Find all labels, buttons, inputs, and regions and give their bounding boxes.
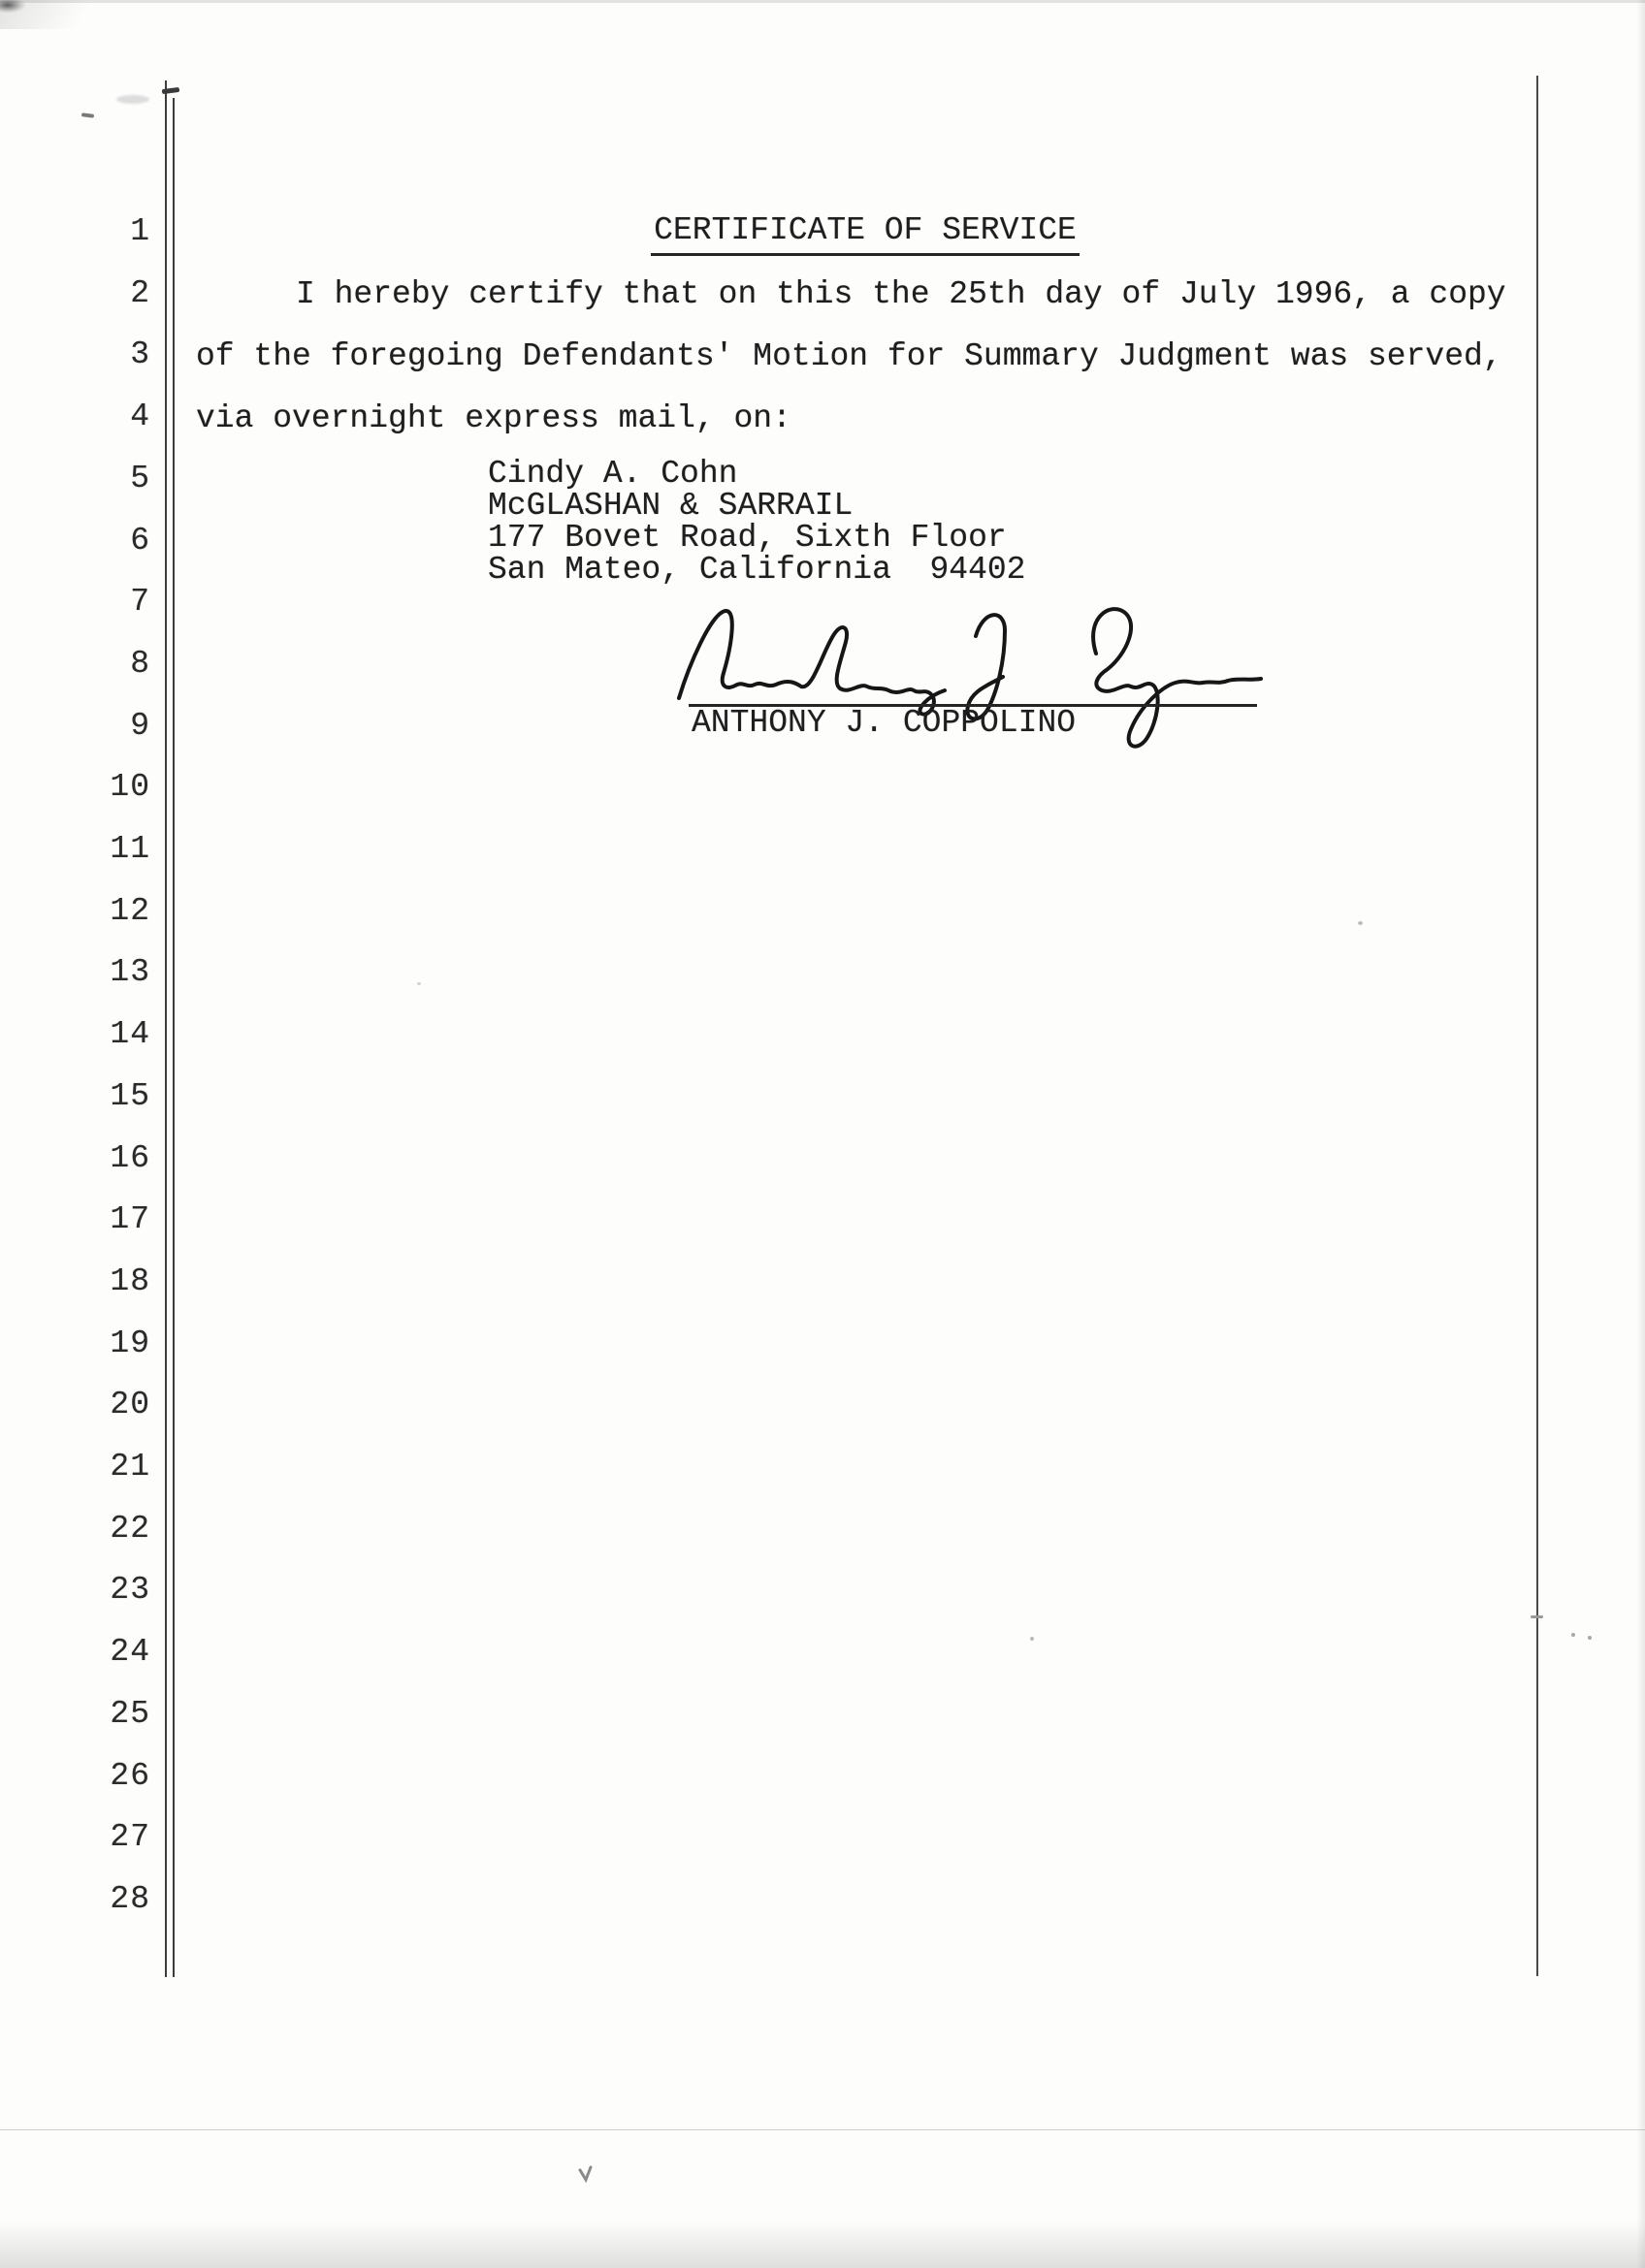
line-number: 6 — [130, 525, 150, 558]
scan-artifact-check-mark-icon — [576, 2164, 597, 2184]
line-number: 17 — [110, 1203, 150, 1236]
left-margin-rule-outer — [165, 80, 167, 1977]
scan-artifact-dash — [1531, 1615, 1543, 1618]
line-number: 1 — [130, 215, 150, 248]
line-number: 10 — [110, 771, 150, 804]
line-number: 22 — [110, 1513, 150, 1546]
line-number: 24 — [110, 1636, 150, 1669]
line-number: 21 — [110, 1451, 150, 1484]
line-number: 16 — [110, 1142, 150, 1175]
line-number: 26 — [110, 1760, 150, 1793]
recipient-block: Cindy A. Cohn McGLASHAN & SARRAIL 177 Bo… — [488, 458, 1026, 586]
certificate-heading: CERTIFICATE OF SERVICE — [651, 212, 1080, 256]
line-number: 11 — [110, 833, 150, 866]
line-number: 4 — [130, 400, 150, 433]
scan-artifact-dot — [1030, 1637, 1034, 1641]
scan-artifact-bottom-shading — [0, 2221, 1645, 2268]
recipient-name: Cindy A. Cohn — [488, 458, 1026, 490]
rule-top-tick-artifact — [162, 87, 179, 94]
recipient-firm: McGLASHAN & SARRAIL — [488, 490, 1026, 522]
right-margin-rule — [1536, 76, 1538, 1976]
certificate-body-line-2: of the foregoing Defendants' Motion for … — [196, 340, 1502, 373]
scan-artifact-dot — [1358, 921, 1363, 925]
recipient-city: San Mateo, California 94402 — [488, 554, 1026, 586]
line-number: 20 — [110, 1389, 150, 1421]
heading-row: CERTIFICATE OF SERVICE — [196, 214, 1534, 247]
signer-typed-name: ANTHONY J. COPPOLINO — [692, 707, 1076, 740]
scan-artifact-dot — [1571, 1633, 1575, 1637]
line-number: 9 — [130, 710, 150, 743]
scan-artifact-dot — [1588, 1636, 1592, 1640]
scan-artifact-top-edge-shading — [0, 0, 1645, 3]
line-number: 8 — [130, 648, 150, 681]
line-number: 27 — [110, 1821, 150, 1854]
line-number: 13 — [110, 956, 150, 989]
line-number: 18 — [110, 1265, 150, 1298]
handwritten-signature-icon — [667, 593, 1269, 768]
line-number: 5 — [130, 463, 150, 495]
line-number: 3 — [130, 338, 150, 371]
line-number: 28 — [110, 1883, 150, 1916]
line-number: 25 — [110, 1698, 150, 1731]
scan-artifact-bottom-line — [0, 2129, 1645, 2130]
recipient-street: 177 Bovet Road, Sixth Floor — [488, 522, 1026, 554]
line-number-column: 1234567891011121314151617181920212223242… — [39, 0, 150, 2268]
scan-artifact-right-edge-shading — [1636, 0, 1645, 2268]
scan-artifact-dot — [417, 982, 421, 985]
certificate-body-line-1: I hereby certify that on this the 25th d… — [296, 278, 1506, 311]
scanned-page: 1234567891011121314151617181920212223242… — [0, 0, 1645, 2268]
left-margin-rule-inner — [173, 98, 175, 1977]
line-number: 14 — [110, 1018, 150, 1051]
line-number: 12 — [110, 895, 150, 928]
scan-artifact-smudge — [116, 95, 149, 104]
line-number: 7 — [130, 586, 150, 619]
line-number: 15 — [110, 1080, 150, 1113]
line-number: 2 — [130, 277, 150, 310]
line-number: 23 — [110, 1574, 150, 1607]
certificate-body-line-3: via overnight express mail, on: — [196, 402, 791, 435]
line-number: 19 — [110, 1327, 150, 1360]
